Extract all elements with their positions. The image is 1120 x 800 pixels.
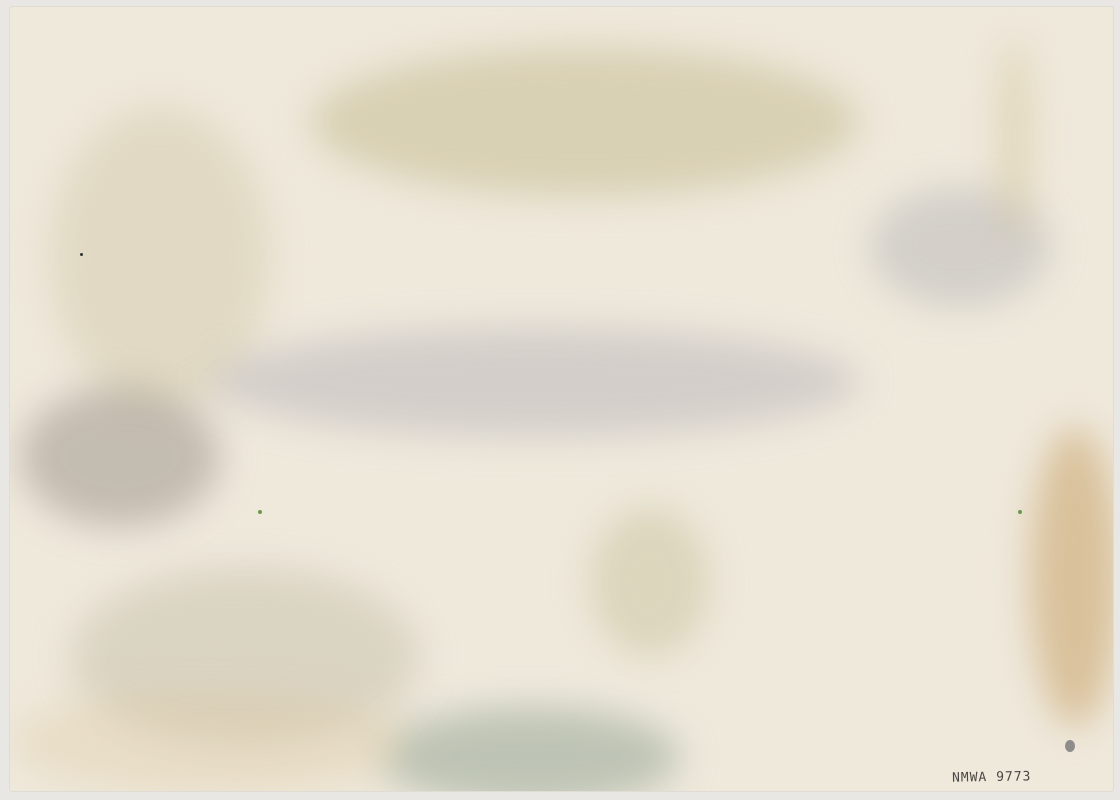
paper-sheet: NMWA 9773 — [10, 7, 1113, 791]
dark-speck — [1065, 740, 1075, 752]
inventory-label: NMWA 9773 — [951, 769, 1031, 785]
stain-mid-grey — [210, 327, 860, 437]
stain-streak-right — [1000, 37, 1030, 237]
stain-bottom-green — [380, 707, 680, 791]
stain-top-olive — [310, 47, 860, 197]
green-speck — [1018, 510, 1022, 514]
stain-bottom-warm — [10, 687, 410, 791]
green-speck — [258, 510, 262, 514]
stain-right-edge — [1030, 427, 1113, 727]
stain-mid-olive — [590, 507, 710, 657]
stain-left-dark — [20, 387, 220, 527]
dark-speck — [80, 253, 83, 256]
